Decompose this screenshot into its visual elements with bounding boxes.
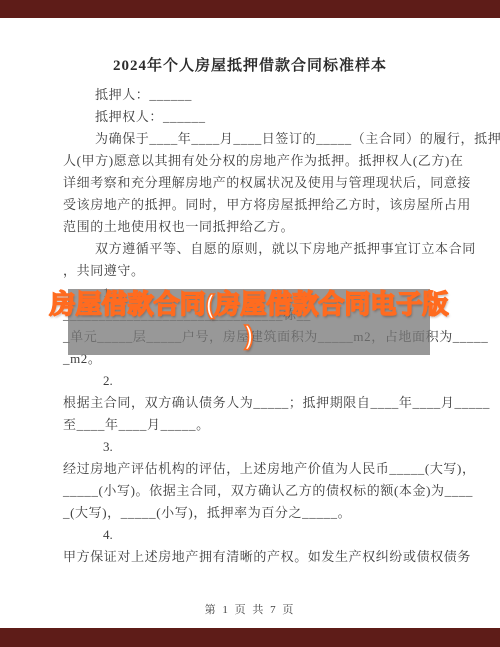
watermark-title-line1: 房屋借款合同(房屋借款合同电子版 bbox=[50, 289, 449, 320]
field-mortgagee: 抵押权人：______ bbox=[63, 106, 437, 128]
clause-number-3: 3. bbox=[63, 436, 437, 458]
paragraph-line: 范围的土地使用权也一同抵押给乙方。 bbox=[63, 216, 437, 238]
field-mortgagor: 抵押人：______ bbox=[63, 84, 437, 106]
watermark-title-line2: ) bbox=[245, 320, 254, 351]
paragraph-line: 至____年____月_____。 bbox=[63, 414, 437, 436]
paragraph-line: _(大写)，_____(小写)，抵押率为百分之_____。 bbox=[63, 502, 437, 524]
paragraph-line: 人(甲方)愿意以其拥有处分权的房地产作为抵押。抵押权人(乙方)在 bbox=[63, 150, 437, 172]
paragraph-line: ，共同遵守。 bbox=[63, 260, 437, 282]
paragraph-line: 经过房地产评估机构的评估，上述房地产价值为人民币_____(大写)， bbox=[63, 458, 437, 480]
page-number-indicator: 第 1 页 共 7 页 bbox=[0, 601, 500, 617]
paragraph-line: 双方遵循平等、自愿的原则，就以下房地产抵押事宜订立本合同 bbox=[63, 238, 437, 260]
paragraph-line: _____(小写)。依据主合同，双方确认乙方的债权标的额(本金)为____ bbox=[63, 480, 437, 502]
clause-number-2: 2. bbox=[63, 370, 437, 392]
paragraph-line: 根据主合同，双方确认债务人为_____；抵押期限自____年____月_____ bbox=[63, 392, 437, 414]
watermark-title-overlay: 房屋借款合同(房屋借款合同电子版 ) bbox=[68, 289, 430, 355]
paragraph-line: 甲方保证对上述房地产拥有清晰的产权。如发生产权纠纷或债权债务 bbox=[63, 546, 437, 568]
document-page: 2024年个人房屋抵押借款合同标准样本 抵押人：______ 抵押权人：____… bbox=[0, 0, 500, 647]
clause-number-4: 4. bbox=[63, 524, 437, 546]
paragraph-line: 为确保于____年____月____日签订的_____（主合同）的履行，抵押 bbox=[63, 128, 437, 150]
paragraph-line: 详细考察和充分理解房地产的权属状况及使用与管理现状后，同意接 bbox=[63, 172, 437, 194]
top-border-bar bbox=[0, 0, 500, 18]
bottom-border-bar bbox=[0, 628, 500, 647]
paragraph-line: 受该房地产的抵押。同时，甲方将房屋抵押给乙方时，该房屋所占用 bbox=[63, 194, 437, 216]
document-title: 2024年个人房屋抵押借款合同标准样本 bbox=[0, 54, 500, 75]
